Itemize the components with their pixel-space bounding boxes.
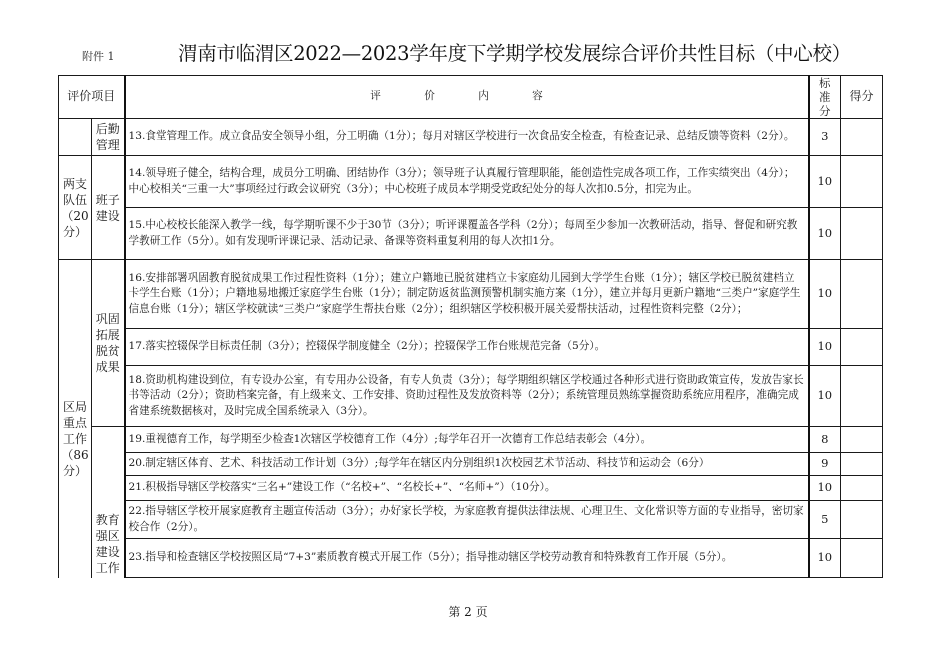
row-standard: 8 bbox=[809, 427, 841, 453]
table-row: 21.积极指导辖区学校落实“三名+”建设工作（“名校+”、“名校长+”、“名师+… bbox=[59, 476, 883, 501]
row-content: 19.重视德育工作，每学期至少检查1次辖区学校德育工作（4分）;每学年召开一次德… bbox=[125, 427, 809, 453]
row-score-cell[interactable] bbox=[841, 208, 883, 260]
table-row: 23.指导和检查辖区学校按照区局“7+3”素质教育模式开展工作（5分）；指导推动… bbox=[59, 539, 883, 578]
subgroup-label-text: 教育强区建设工作 bbox=[96, 513, 120, 575]
header-standard: 标准分 bbox=[809, 76, 841, 119]
row-score-cell[interactable] bbox=[841, 329, 883, 366]
table-row: 教育强区建设工作 19.重视德育工作，每学期至少检查1次辖区学校德育工作（4分）… bbox=[59, 427, 883, 453]
annex-label: 附件 1 bbox=[82, 48, 115, 64]
row-content: 16.安排部署巩固教育脱贫成果工作过程性资料（1分）；建立户籍地已脱贫建档立卡家… bbox=[125, 260, 809, 329]
row-standard: 3 bbox=[809, 119, 841, 156]
row-standard: 9 bbox=[809, 453, 841, 476]
row-score-cell[interactable] bbox=[841, 427, 883, 453]
row-score-cell[interactable] bbox=[841, 260, 883, 329]
table-row: 后勤管理 13.食堂管理工作。成立食品安全领导小组，分工明确（1分）；每月对辖区… bbox=[59, 119, 883, 156]
group-label: 区局重点工作（86分） bbox=[59, 260, 92, 578]
row-content: 13.食堂管理工作。成立食品安全领导小组，分工明确（1分）；每月对辖区学校进行一… bbox=[125, 119, 809, 156]
row-content: 23.指导和检查辖区学校按照区局“7+3”素质教育模式开展工作（5分）；指导推动… bbox=[125, 539, 809, 578]
group-label bbox=[59, 119, 92, 156]
header-content: 评 价 内 容 bbox=[125, 76, 809, 119]
table-row: 区局重点工作（86分） 巩固拓展脱贫成果 16.安排部署巩固教育脱贫成果工作过程… bbox=[59, 260, 883, 329]
group-label-text: 区局重点工作（86分） bbox=[61, 400, 88, 478]
table-row: 22.指导辖区学校开展家庭教育主题宣传活动（3分）；办好家长学校，为家庭教育提供… bbox=[59, 501, 883, 539]
row-score-cell[interactable] bbox=[841, 501, 883, 539]
table-row: 18.资助机构建设到位，有专设办公室，有专用办公设备，有专人负责（3分）；每学期… bbox=[59, 366, 883, 427]
table-row: 17.落实控辍保学目标责任制（3分）；控辍保学制度健全（2分）；控辍保学工作台账… bbox=[59, 329, 883, 366]
subgroup-label: 巩固拓展脱贫成果 bbox=[92, 260, 125, 427]
row-standard: 5 bbox=[809, 501, 841, 539]
row-score-cell[interactable] bbox=[841, 119, 883, 156]
group-label: 两支队伍（20分） bbox=[59, 156, 92, 260]
table-row: 15.中心校校长能深入教学一线，每学期听课不少于30节（3分）；听评课覆盖各学科… bbox=[59, 208, 883, 260]
page-number: 第 2 页 bbox=[0, 603, 936, 620]
row-standard: 10 bbox=[809, 208, 841, 260]
evaluation-table: 评价项目 评 价 内 容 标准分 得分 后勤管理 13.食堂管理工作。成立食品安… bbox=[58, 75, 883, 578]
row-content: 15.中心校校长能深入教学一线，每学期听课不少于30节（3分）；听评课覆盖各学科… bbox=[125, 208, 809, 260]
row-standard: 10 bbox=[809, 539, 841, 578]
row-score-cell[interactable] bbox=[841, 539, 883, 578]
row-content: 14.领导班子健全，结构合理，成员分工明确、团结协作（3分）；领导班子认真履行管… bbox=[125, 156, 809, 208]
table-header-row: 评价项目 评 价 内 容 标准分 得分 bbox=[59, 76, 883, 119]
row-score-cell[interactable] bbox=[841, 476, 883, 501]
row-content: 20.制定辖区体育、艺术、科技活动工作计划（3分）;每学年在辖区内分别组织1次校… bbox=[125, 453, 809, 476]
row-standard: 10 bbox=[809, 260, 841, 329]
table-row: 两支队伍（20分） 班子建设 14.领导班子健全，结构合理，成员分工明确、团结协… bbox=[59, 156, 883, 208]
row-content: 22.指导辖区学校开展家庭教育主题宣传活动（3分）；办好家长学校，为家庭教育提供… bbox=[125, 501, 809, 539]
row-content: 17.落实控辍保学目标责任制（3分）；控辍保学制度健全（2分）；控辍保学工作台账… bbox=[125, 329, 809, 366]
row-content: 18.资助机构建设到位，有专设办公室，有专用办公设备，有专人负责（3分）；每学期… bbox=[125, 366, 809, 427]
header-score: 得分 bbox=[841, 76, 883, 119]
subgroup-label: 后勤管理 bbox=[92, 119, 125, 156]
row-score-cell[interactable] bbox=[841, 453, 883, 476]
row-content: 21.积极指导辖区学校落实“三名+”建设工作（“名校+”、“名校长+”、“名师+… bbox=[125, 476, 809, 501]
row-score-cell[interactable] bbox=[841, 156, 883, 208]
document-title: 渭南市临渭区2022—2023学年度下学期学校发展综合评价共性目标（中心校） bbox=[178, 38, 851, 66]
row-standard: 10 bbox=[809, 156, 841, 208]
row-standard: 10 bbox=[809, 366, 841, 427]
row-score-cell[interactable] bbox=[841, 366, 883, 427]
header-item: 评价项目 bbox=[59, 76, 125, 119]
table-row: 20.制定辖区体育、艺术、科技活动工作计划（3分）;每学年在辖区内分别组织1次校… bbox=[59, 453, 883, 476]
row-standard: 10 bbox=[809, 329, 841, 366]
row-standard: 10 bbox=[809, 476, 841, 501]
subgroup-label: 教育强区建设工作 bbox=[92, 427, 125, 578]
subgroup-label: 班子建设 bbox=[92, 156, 125, 260]
